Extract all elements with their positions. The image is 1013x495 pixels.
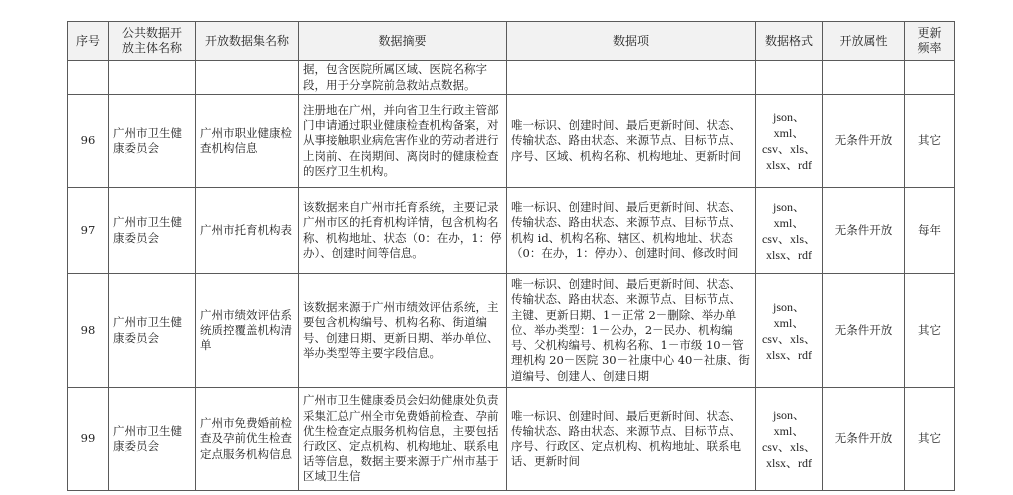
header-summary: 数据摘要 [299,22,507,61]
header-publisher-line2: 放主体名称 [113,41,191,56]
cell-summary: 该数据来源于广州市绩效评估系统，主要包含机构编号、机构名称、街道编号、创建日期、… [299,274,507,388]
cell-summary: 注册地在广州，并向省卫生行政主管部门申请通过职业健康检查机构备案，对从事接触职业… [299,95,507,188]
cell-index: 97 [68,188,109,274]
cell-summary: 据，包含医院所属区域、医院名称字段，用于分享院前急救站点数据。 [299,61,507,95]
cell-format [756,61,823,95]
cell-access: 无条件开放 [823,388,905,491]
header-index: 序号 [68,22,109,61]
table-row: 96 广州市卫生健康委员会 广州市职业健康检查机构信息 注册地在广州，并向省卫生… [68,95,955,188]
cell-frequency [905,61,955,95]
cell-frequency: 其它 [905,274,955,388]
cell-publisher: 广州市卫生健康委员会 [109,274,196,388]
cell-items: 唯一标识、创建时间、最后更新时间、状态、传输状态、路由状态、来源节点、目标节点、… [507,274,756,388]
header-frequency-line2: 频率 [909,41,950,56]
cell-access [823,61,905,95]
header-row: 序号 公共数据开 放主体名称 开放数据集名称 数据摘要 数据项 数据格式 开放属… [68,22,955,61]
header-frequency-line1: 更新 [909,26,950,41]
cell-dataset: 广州市绩效评估系统质控覆盖机构清单 [196,274,299,388]
header-access: 开放属性 [823,22,905,61]
cell-items: 唯一标识、创建时间、最后更新时间、状态、传输状态、路由状态、来源节点、目标节点、… [507,188,756,274]
cell-format: json、xml、csv、xls、xlsx、rdf [756,188,823,274]
cell-access: 无条件开放 [823,188,905,274]
header-format: 数据格式 [756,22,823,61]
cell-format: json、xml、csv、xls、xlsx、rdf [756,388,823,491]
cell-dataset: 广州市职业健康检查机构信息 [196,95,299,188]
cell-publisher: 广州市卫生健康委员会 [109,95,196,188]
cell-summary: 广州市卫生健康委员会妇幼健康处负责采集汇总广州全市免费婚前检查、孕前优生检查定点… [299,388,507,491]
cell-access: 无条件开放 [823,274,905,388]
table-row-continued: 据，包含医院所属区域、医院名称字段，用于分享院前急救站点数据。 [68,61,955,95]
cell-index: 99 [68,388,109,491]
cell-access: 无条件开放 [823,95,905,188]
cell-summary: 该数据来自广州市托育系统，主要记录广州市区的托育机构详情，包含机构名称、机构地址… [299,188,507,274]
cell-publisher: 广州市卫生健康委员会 [109,388,196,491]
cell-format: json、xml、csv、xls、xlsx、rdf [756,95,823,188]
header-frequency: 更新 频率 [905,22,955,61]
header-items: 数据项 [507,22,756,61]
table-row: 99 广州市卫生健康委员会 广州市免费婚前检查及孕前优生检查定点服务机构信息 广… [68,388,955,491]
header-publisher: 公共数据开 放主体名称 [109,22,196,61]
cell-format: json、xml、csv、xls、xlsx、rdf [756,274,823,388]
cell-dataset: 广州市托育机构表 [196,188,299,274]
cell-publisher [109,61,196,95]
cell-frequency: 其它 [905,388,955,491]
cell-index: 96 [68,95,109,188]
cell-index [68,61,109,95]
cell-dataset: 广州市免费婚前检查及孕前优生检查定点服务机构信息 [196,388,299,491]
cell-publisher: 广州市卫生健康委员会 [109,188,196,274]
cell-items: 唯一标识、创建时间、最后更新时间、状态、传输状态、路由状态、来源节点、目标节点、… [507,388,756,491]
cell-index: 98 [68,274,109,388]
open-data-catalog-table: 序号 公共数据开 放主体名称 开放数据集名称 数据摘要 数据项 数据格式 开放属… [67,21,955,491]
cell-items: 唯一标识、创建时间、最后更新时间、状态、传输状态、路由状态、来源节点、目标节点、… [507,95,756,188]
cell-dataset [196,61,299,95]
cell-frequency: 每年 [905,188,955,274]
header-dataset: 开放数据集名称 [196,22,299,61]
cell-items [507,61,756,95]
header-publisher-line1: 公共数据开 [113,26,191,41]
table-row: 98 广州市卫生健康委员会 广州市绩效评估系统质控覆盖机构清单 该数据来源于广州… [68,274,955,388]
cell-frequency: 其它 [905,95,955,188]
table-row: 97 广州市卫生健康委员会 广州市托育机构表 该数据来自广州市托育系统，主要记录… [68,188,955,274]
